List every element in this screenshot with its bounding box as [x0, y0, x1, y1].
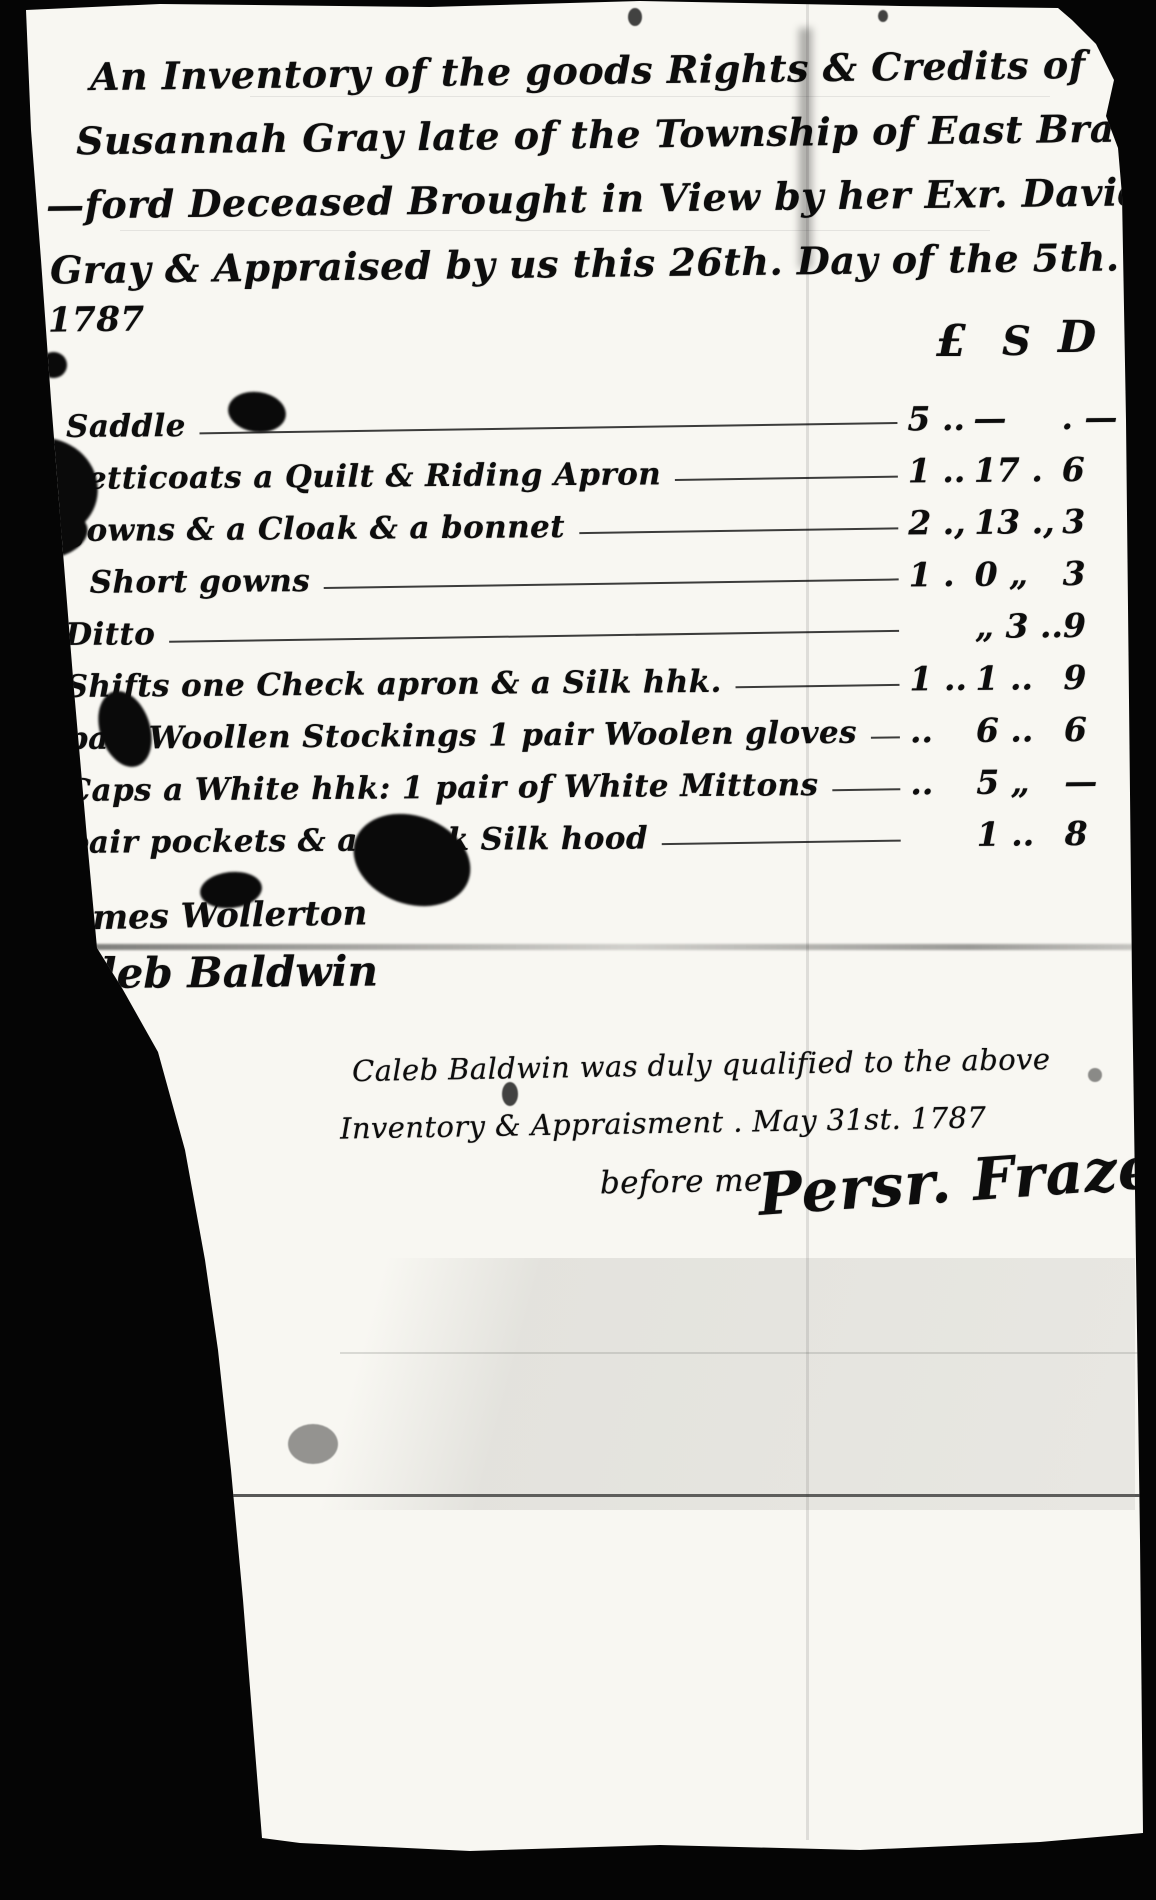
- value-pence: 9: [1063, 661, 1115, 696]
- leader-line: [579, 527, 898, 534]
- item-label: A Saddle: [30, 410, 186, 444]
- leader-line: [169, 630, 899, 643]
- value-pounds: [911, 853, 977, 854]
- attestation-line-1: Caleb Baldwin was duly qualified to the …: [352, 1042, 1051, 1088]
- item-label: 2 gowns & a Cloak & a bonnet: [31, 512, 565, 549]
- scanner-shadow-patch: [230, 1258, 1135, 1510]
- value-shillings: 13 .,: [974, 506, 1062, 541]
- header-line-3: —ford Deceased Brought in View by her Ex…: [46, 169, 1145, 227]
- value-pence: 8: [1065, 817, 1117, 852]
- value-pounds: ..: [910, 714, 976, 749]
- value-shillings: 0 „: [975, 558, 1063, 593]
- inventory-list: A Saddle 5 .. — . — 3 Petticoats a Quilt…: [30, 384, 1117, 860]
- signature-caleb-baldwin: Caleb Baldwin: [40, 947, 378, 999]
- value-shillings: 1 ..: [975, 662, 1063, 697]
- ink-blot: [40, 352, 67, 378]
- value-pence: . —: [1061, 401, 1113, 436]
- inventory-row: 2 Ditto „ 3 .. 9: [32, 592, 1115, 653]
- value-pounds: 1 ..: [909, 662, 975, 697]
- inventory-row: 2 pair Woollen Stockings 1 pair Woolen g…: [33, 696, 1116, 757]
- header-year: 1787: [48, 299, 145, 340]
- inventory-row: A Saddle 5 .. — . —: [30, 384, 1113, 445]
- pence-column-header: D: [1058, 312, 1096, 363]
- leader-line: [871, 736, 900, 738]
- stain-speck: [878, 10, 888, 22]
- item-label: 3 Petticoats a Quilt & Riding Apron: [31, 459, 662, 496]
- value-pounds: 2 .,: [908, 506, 974, 541]
- value-pence: 3: [1062, 505, 1114, 540]
- item-label: 1 pair pockets & a Black Silk hood: [34, 823, 649, 860]
- stain-speck: [502, 1082, 518, 1106]
- item-label: 2 pair Woollen Stockings 1 pair Woolen g…: [33, 717, 857, 756]
- leader-line: [675, 476, 898, 481]
- inventory-row: 2 gowns & a Cloak & a bonnet 2 ., 13 ., …: [31, 488, 1114, 549]
- value-pence: 6: [1062, 453, 1114, 488]
- value-pounds: ..: [910, 766, 976, 801]
- inventory-row: 2 Caps a White hhk: 1 pair of White Mitt…: [33, 748, 1116, 809]
- stain-speck: [172, 1356, 216, 1390]
- value-shillings: 5 „: [976, 766, 1064, 801]
- horizontal-fold-smear: [0, 944, 1140, 950]
- value-shillings: 1 ..: [977, 818, 1065, 853]
- manuscript-paper: An Inventory of the goods Rights & Credi…: [0, 0, 1156, 1900]
- stain-speck: [288, 1424, 338, 1464]
- inventory-row: 1 pair pockets & a Black Silk hood 1 .. …: [33, 800, 1116, 861]
- value-pence: 9: [1063, 609, 1115, 644]
- justice-signature: Persr. Frazer: [756, 1131, 1156, 1229]
- attestation-line-2: Inventory & Appraisment . May 31st. 1787: [340, 1100, 987, 1145]
- stain-speck: [628, 8, 642, 26]
- shillings-column-header: S: [1002, 318, 1031, 365]
- value-pounds: 1 .: [909, 558, 975, 593]
- stain-speck: [160, 1316, 180, 1334]
- leader-line: [324, 578, 898, 589]
- header-line-1: An Inventory of the goods Rights & Credi…: [90, 42, 1086, 99]
- item-label: 2 Ditto: [32, 619, 155, 653]
- document-scan: An Inventory of the goods Rights & Credi…: [0, 0, 1156, 1900]
- value-pence: 3: [1063, 557, 1115, 592]
- stain-speck: [1088, 1068, 1102, 1082]
- value-shillings: „ 3 ..: [975, 610, 1063, 645]
- before-me-label: before me: [600, 1163, 763, 1202]
- value-pounds: 1 ..: [908, 454, 974, 489]
- inventory-row: Short gowns 1 . 0 „ 3: [31, 540, 1114, 601]
- item-label: 2 Caps a White hhk: 1 pair of White Mitt…: [33, 770, 818, 809]
- value-pence: 6: [1064, 713, 1116, 748]
- header-line-2: Susannah Gray late of the Township of Ea…: [76, 106, 1116, 164]
- inventory-row: 3 Petticoats a Quilt & Riding Apron 1 ..…: [31, 436, 1114, 497]
- value-pence: —: [1064, 765, 1116, 800]
- ruled-guide-line: [250, 96, 1050, 97]
- leader-line: [200, 422, 898, 434]
- leader-line: [662, 840, 901, 846]
- header-line-4: Gray & Appraised by us this 26th. Day of…: [50, 233, 1156, 293]
- item-label: Short gowns: [90, 566, 311, 600]
- leader-line: [832, 788, 900, 791]
- leader-line: [736, 684, 900, 688]
- value-shillings: 17 .: [974, 454, 1062, 489]
- vertical-fold-smudge: [799, 28, 812, 268]
- ruled-guide-line: [120, 230, 990, 231]
- value-shillings: —: [973, 402, 1061, 437]
- value-pounds: 5 ..: [907, 402, 973, 437]
- vertical-fold-line: [806, 0, 809, 1840]
- pounds-column-header: £: [936, 316, 967, 367]
- value-shillings: 6 ..: [976, 714, 1064, 749]
- inventory-row: 2 Shifts one Check apron & a Silk hhk. 1…: [32, 644, 1115, 705]
